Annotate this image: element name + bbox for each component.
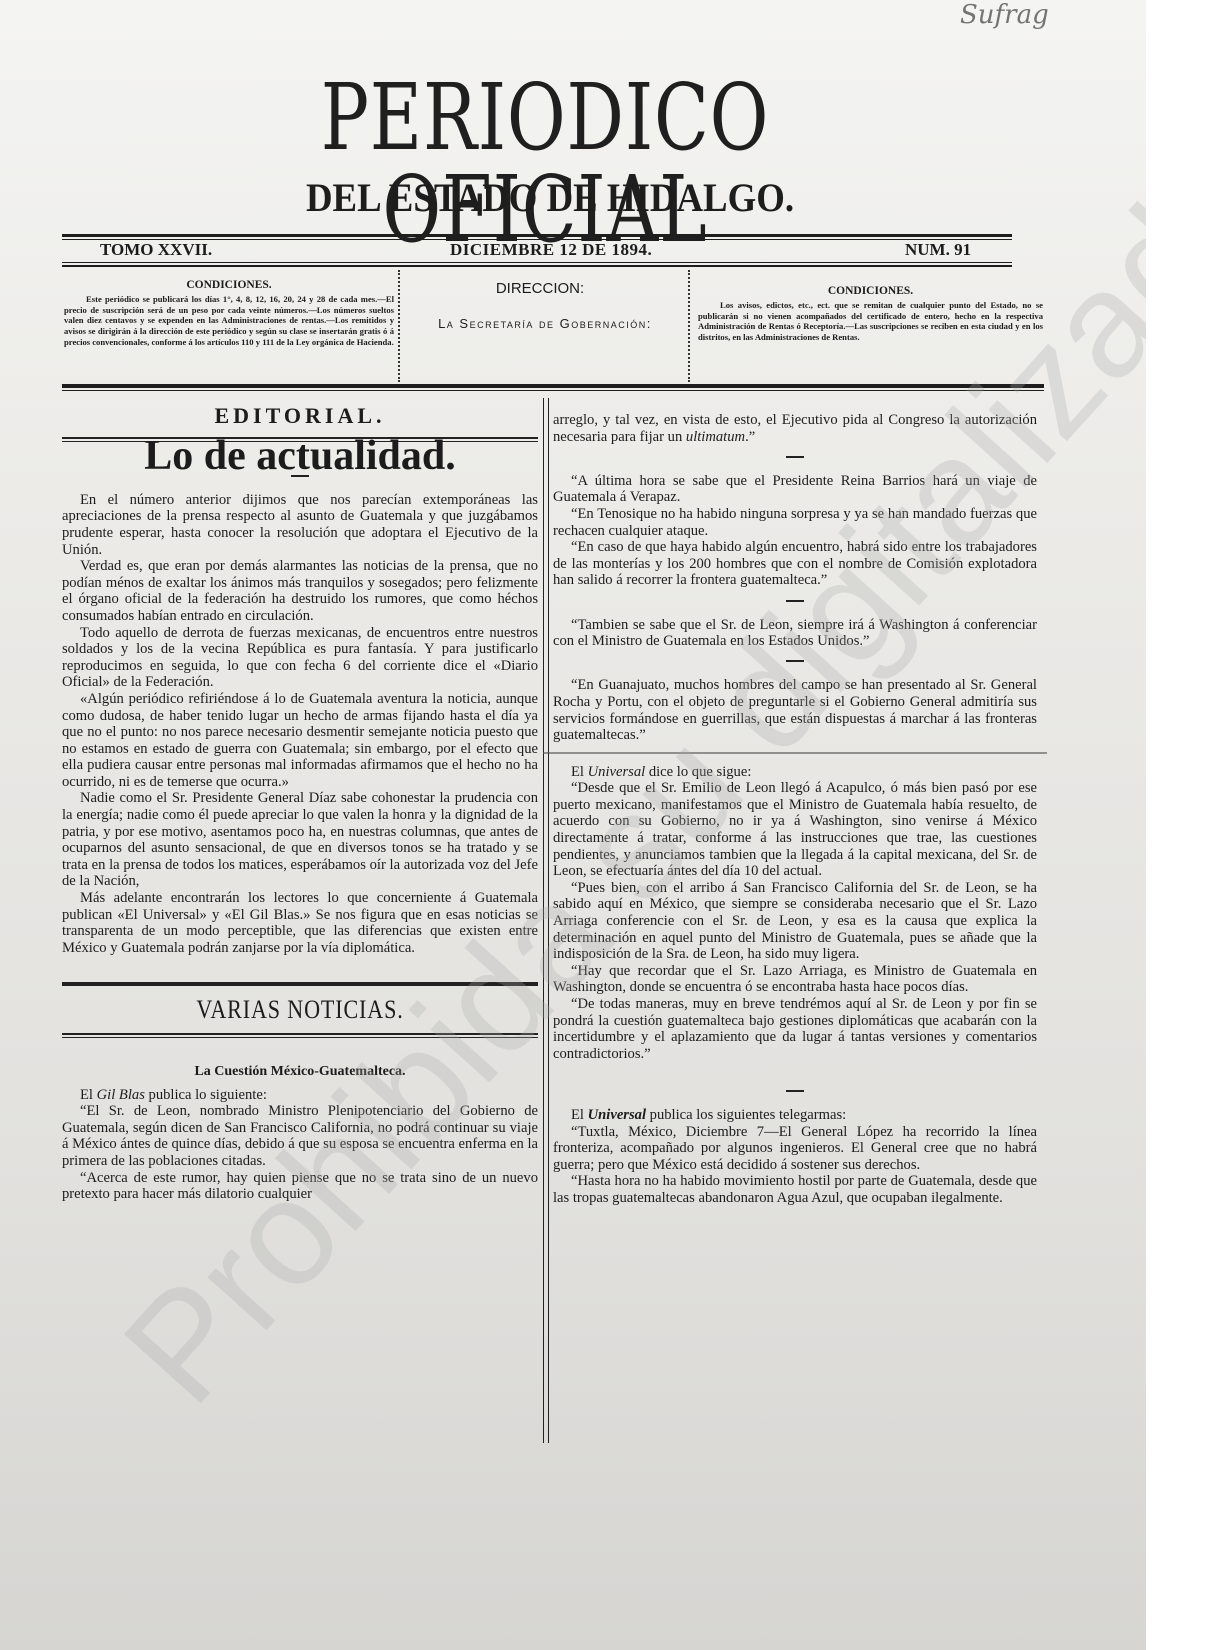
varias-paragraph: “Acerca de este rumor, hay quien piense …	[62, 1170, 538, 1203]
continuation-paragraph: arreglo, y tal vez, en vista de esto, el…	[553, 412, 1037, 445]
issue-date: DICIEMBRE 12 DE 1894.	[450, 240, 652, 260]
intro-text: dice lo que sigue:	[645, 764, 751, 780]
universal-intro: El Universal dice lo que sigue:	[553, 764, 1037, 781]
issue-number: NUM. 91	[905, 240, 971, 260]
conditions-right: CONDICIONES. Los avisos, edictos, etc., …	[698, 286, 1043, 343]
section-rule	[62, 1033, 538, 1038]
masthead-title: PERIODICO OFICIAL	[221, 72, 868, 256]
news-paragraph: “Tuxtla, México, Diciembre 7—El General …	[553, 1124, 1037, 1174]
source-name: Universal	[588, 1107, 646, 1123]
conditions-right-text: Los avisos, edictos, etc., ect. que se r…	[698, 300, 1043, 343]
brace-divider	[688, 270, 696, 382]
conditions-left-text: Este periódico se publicará los días 1°,…	[64, 294, 394, 348]
right-column: arreglo, y tal vez, en vista de esto, el…	[553, 412, 1037, 1207]
separator-dash	[553, 653, 1037, 670]
varias-subhead: La Cuestión México-Guatemalteca.	[62, 1064, 538, 1081]
news-paragraph: “A última hora se sabe que el Presidente…	[553, 473, 1037, 506]
issue-bar: TOMO XXVII. DICIEMBRE 12 DE 1894. NUM. 9…	[70, 240, 990, 262]
header-bottom-rule	[62, 384, 1044, 388]
intro-text: El	[571, 1107, 588, 1123]
editorial-headline: Lo de actualidad.	[62, 448, 538, 465]
editorial-paragraph: Nadie como el Sr. Presidente General Día…	[62, 790, 538, 890]
intro-text: El	[571, 764, 588, 780]
news-paragraph: “De todas maneras, muy en breve tendrémo…	[553, 996, 1037, 1062]
conditions-left-title: CONDICIONES.	[64, 280, 394, 291]
continuation-text: .”	[745, 429, 755, 445]
telegram-intro: El Universal publica los siguientes tele…	[553, 1107, 1037, 1124]
conditions-left: CONDICIONES. Este periódico se publicará…	[64, 280, 394, 348]
direccion-title: DIRECCION:	[470, 280, 610, 297]
news-paragraph: “En Guanajuato, muchos hombres del campo…	[553, 677, 1037, 743]
varias-paragraph: “El Sr. de Leon, nombrado Ministro Pleni…	[62, 1103, 538, 1169]
continuation-text: arreglo, y tal vez, en vista de esto, el…	[553, 412, 1037, 445]
separator-dash	[62, 467, 538, 484]
issue-bottom-rule	[62, 262, 1012, 263]
separator-dash	[553, 448, 1037, 465]
editorial-quote: «Algún periódico refiriéndose á lo de Gu…	[62, 691, 538, 791]
news-paragraph: “Desde que el Sr. Emilio de Leon llegó á…	[553, 780, 1037, 880]
ultimatum-text: ultimatum	[686, 429, 745, 445]
news-paragraph: “En caso de que haya habido algún encuen…	[553, 539, 1037, 589]
direccion-value: La Secretaría de Gobernación:	[405, 316, 685, 331]
section-rule	[62, 982, 538, 986]
source-name: Gil Blas	[97, 1087, 145, 1103]
editorial-paragraph: Verdad es, que eran por demás alarmantes…	[62, 558, 538, 624]
page-margin	[1146, 0, 1206, 1650]
intro-text: El	[80, 1087, 97, 1103]
varias-heading: VARIAS NOTICIAS.	[98, 1002, 503, 1019]
news-paragraph: “Pues bien, con el arribo á San Francisc…	[553, 880, 1037, 963]
newspaper-page: Sufrag PERIODICO OFICIAL DEL ESTADO DE H…	[0, 0, 1146, 1650]
column-divider	[543, 398, 549, 1443]
news-paragraph: “Hasta hora no ha habido movimiento host…	[553, 1173, 1037, 1206]
conditions-right-title: CONDICIONES.	[698, 286, 1043, 297]
separator-dash	[553, 1082, 1037, 1099]
volume-label: TOMO XXVII.	[100, 240, 212, 260]
left-column: EDITORIAL. Lo de actualidad. En el númer…	[62, 408, 538, 1203]
editorial-paragraph: Más adelante encontrarán los lectores lo…	[62, 890, 538, 956]
handwritten-note: Sufrag	[960, 0, 1049, 30]
masthead-subtitle: DEL ESTADO DE HIDALGO.	[228, 178, 872, 218]
editorial-heading: EDITORIAL.	[62, 408, 538, 425]
fold-crease	[543, 752, 1047, 754]
news-paragraph: “En Tenosique no ha habido ninguna sorpr…	[553, 506, 1037, 539]
varias-intro: El Gil Blas publica lo siguiente:	[62, 1087, 538, 1104]
issue-bottom-rule-thick	[62, 265, 1012, 267]
issue-top-rule	[62, 234, 1012, 237]
editorial-paragraph: Todo aquello de derrota de fuerzas mexic…	[62, 625, 538, 691]
intro-text: publica lo siguiente:	[145, 1087, 267, 1103]
separator-dash	[553, 592, 1037, 609]
news-paragraph: “Hay que recordar que el Sr. Lazo Arriag…	[553, 963, 1037, 996]
news-paragraph: “Tambien se sabe que el Sr. de Leon, sie…	[553, 617, 1037, 650]
source-name: Universal	[588, 764, 646, 780]
intro-text: publica los siguientes telegarmas:	[646, 1107, 846, 1123]
editorial-paragraph: En el número anterior dijimos que nos pa…	[62, 492, 538, 558]
header-bottom-rule-thin	[62, 390, 1044, 391]
